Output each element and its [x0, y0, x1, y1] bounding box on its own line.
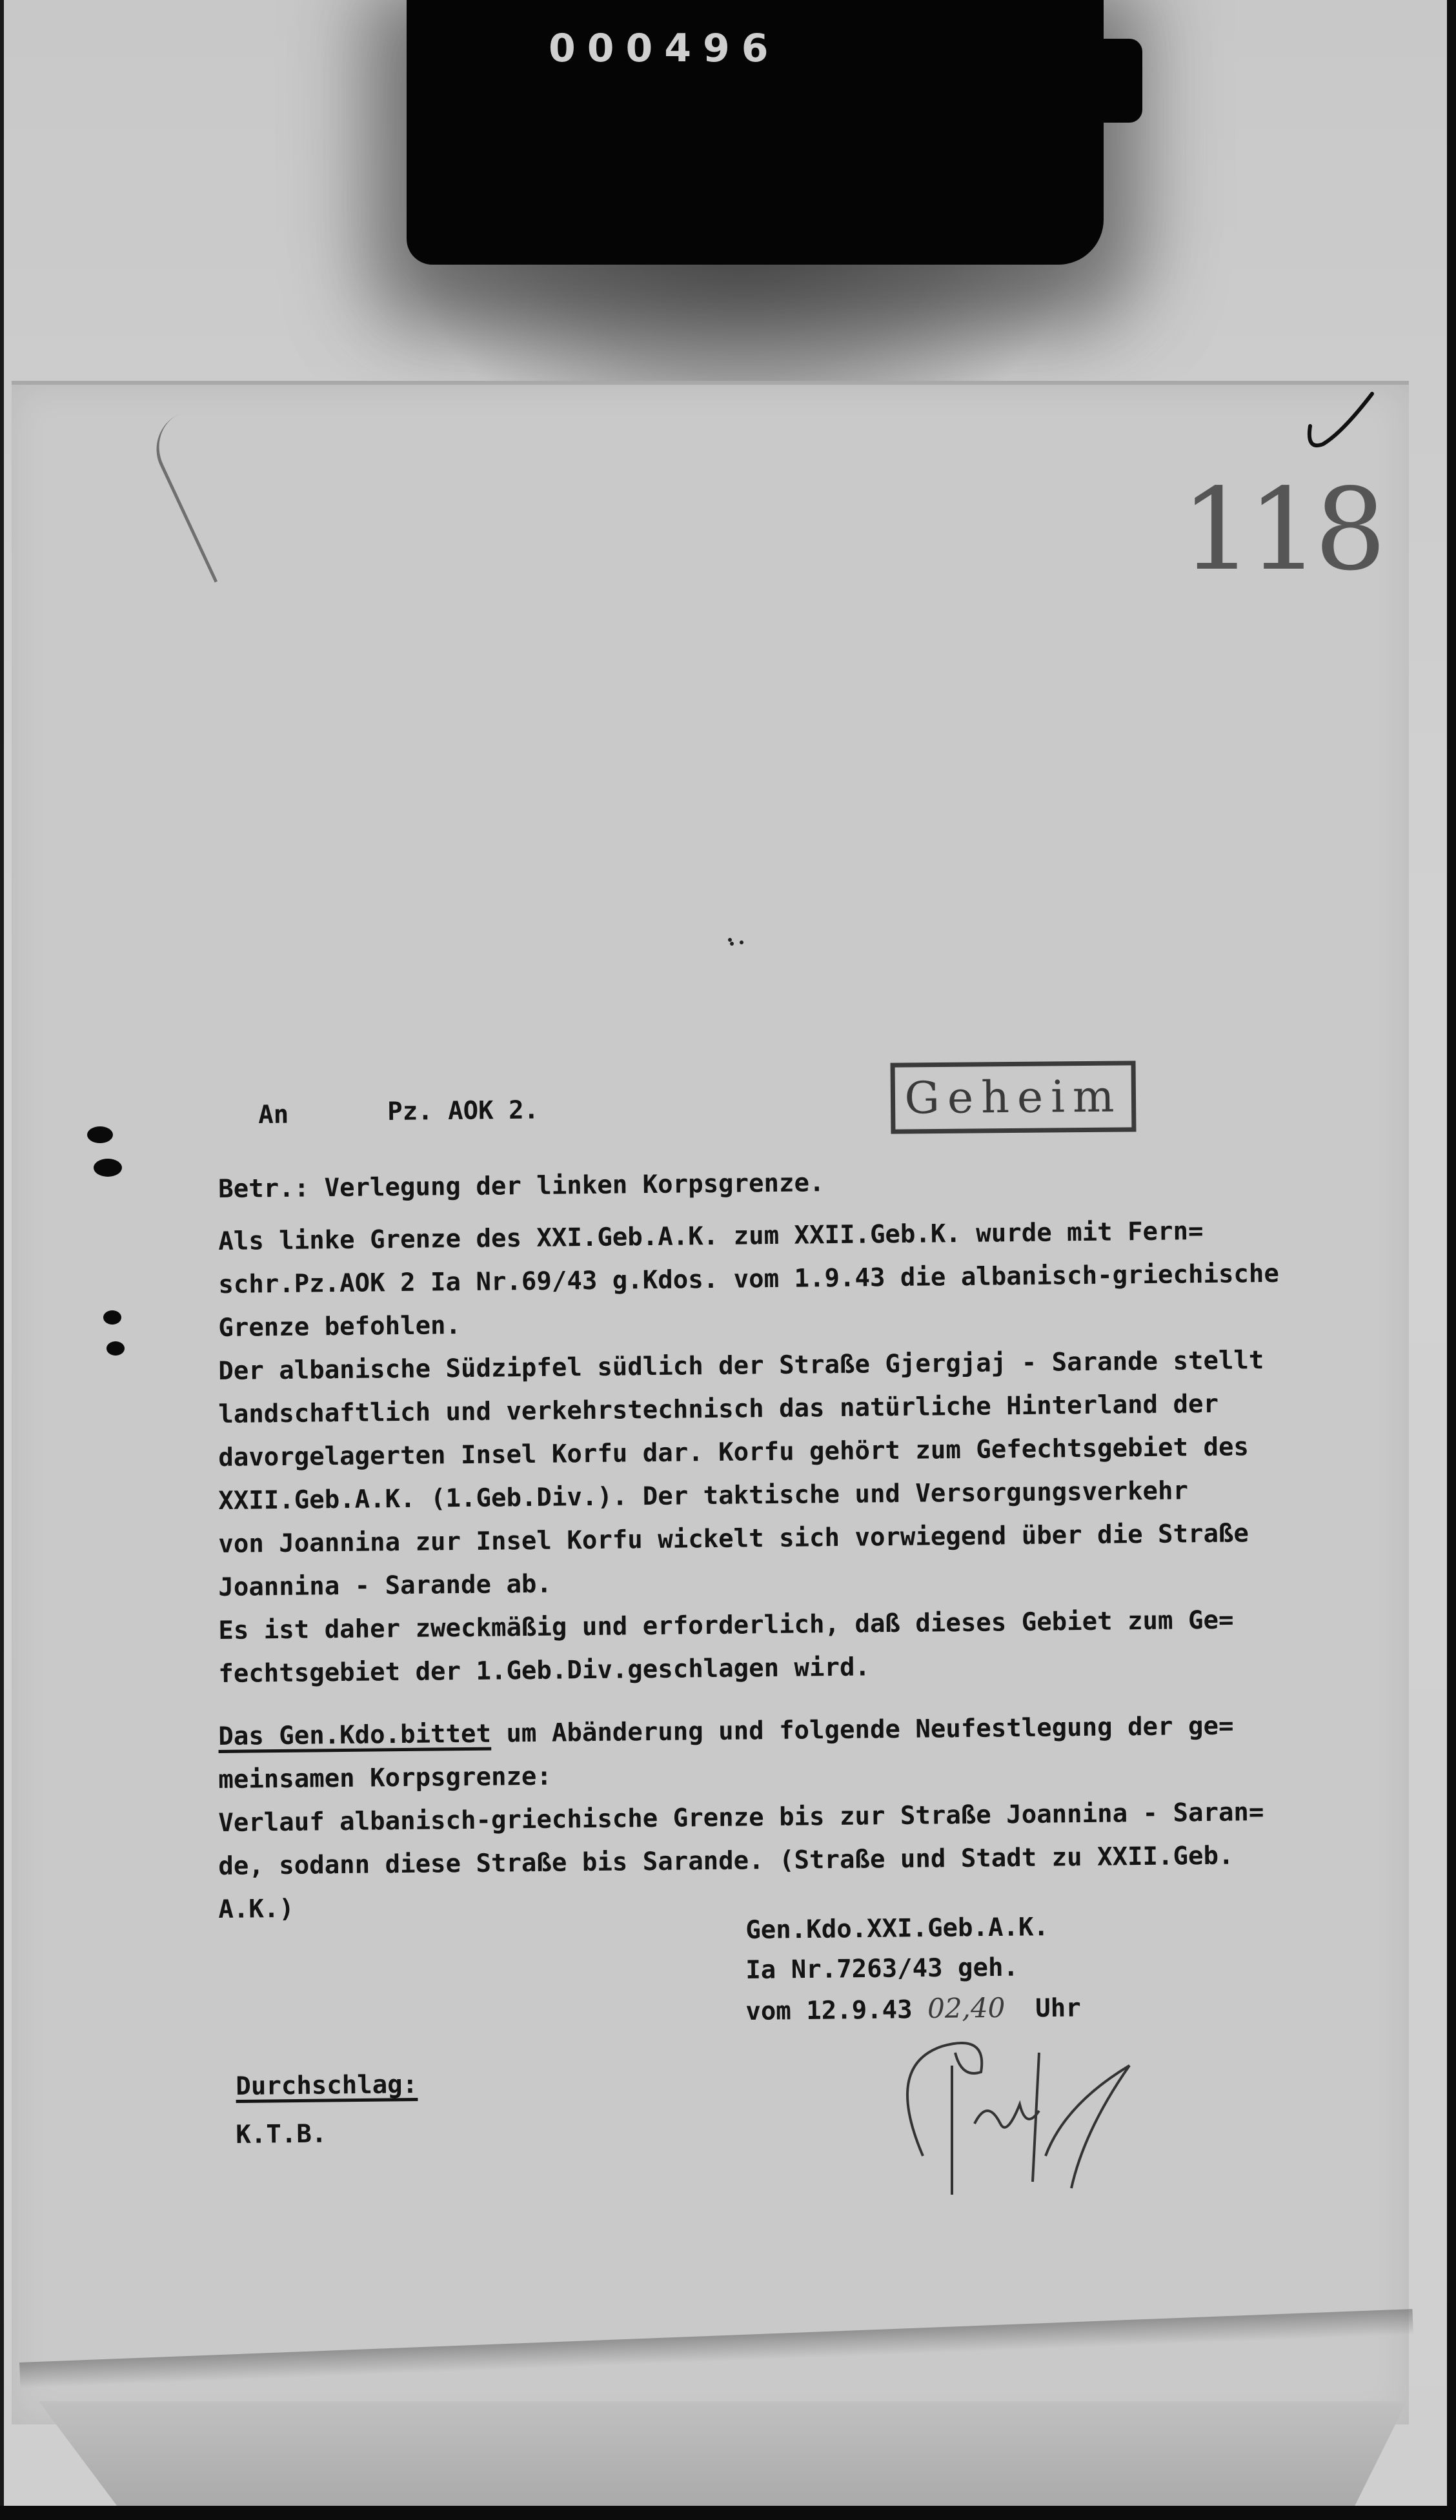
- film-edge-bottom: [0, 2506, 1456, 2520]
- sender-block: Gen.Kdo.XXI.Geb.A.K. Ia Nr.7263/43 geh. …: [745, 1911, 1080, 2031]
- subject-text: Verlegung der linken Korpsgrenze.: [324, 1168, 824, 1203]
- punch-hole-icon: [106, 1341, 125, 1356]
- ink-specks: [726, 936, 752, 949]
- classification-stamp: Geheim: [891, 1061, 1137, 1133]
- body-paragraph: Als linke Grenze des XXI.Geb.A.K. zum XX…: [218, 1220, 1444, 1931]
- distribution-label: Durchschlag:: [236, 2060, 418, 2111]
- reel-counter-number: 000496: [549, 26, 780, 71]
- handwritten-time: 02,40: [927, 1992, 1006, 2024]
- check-mark-icon: [1304, 387, 1375, 452]
- reel-counter-clamp: 000496: [407, 0, 1104, 265]
- film-edge-right: [1447, 0, 1456, 2520]
- request-underlined: Das Gen.Kdo.bittet: [218, 1720, 491, 1751]
- distribution-recipient: K.T.B.: [236, 2109, 418, 2159]
- underlying-sheet: [39, 2401, 1407, 2511]
- sender-unit: Gen.Kdo.XXI.Geb.A.K.: [745, 1907, 1081, 1951]
- recipient-label: An: [258, 1101, 288, 1130]
- film-edge-left: [0, 0, 4, 2520]
- recipient: Pz. AOK 2.: [387, 1096, 539, 1126]
- sender-reference: Ia Nr.7263/43 geh.: [745, 1947, 1081, 1991]
- punch-hole-icon: [103, 1310, 121, 1325]
- request-rest: um Abänderung und folgende Neufestlegung…: [491, 1712, 1234, 1749]
- distribution-block: Durchschlag: K.T.B.: [236, 2062, 418, 2159]
- punch-hole-icon: [94, 1159, 122, 1177]
- punch-hole-icon: [87, 1126, 113, 1143]
- subject-label: Betr.:: [218, 1174, 309, 1204]
- sender-date: vom 12.9.43 02,40 Uhr: [745, 1987, 1081, 2031]
- page-number-stamp: 118: [1181, 465, 1381, 596]
- signature-icon: [871, 2027, 1181, 2195]
